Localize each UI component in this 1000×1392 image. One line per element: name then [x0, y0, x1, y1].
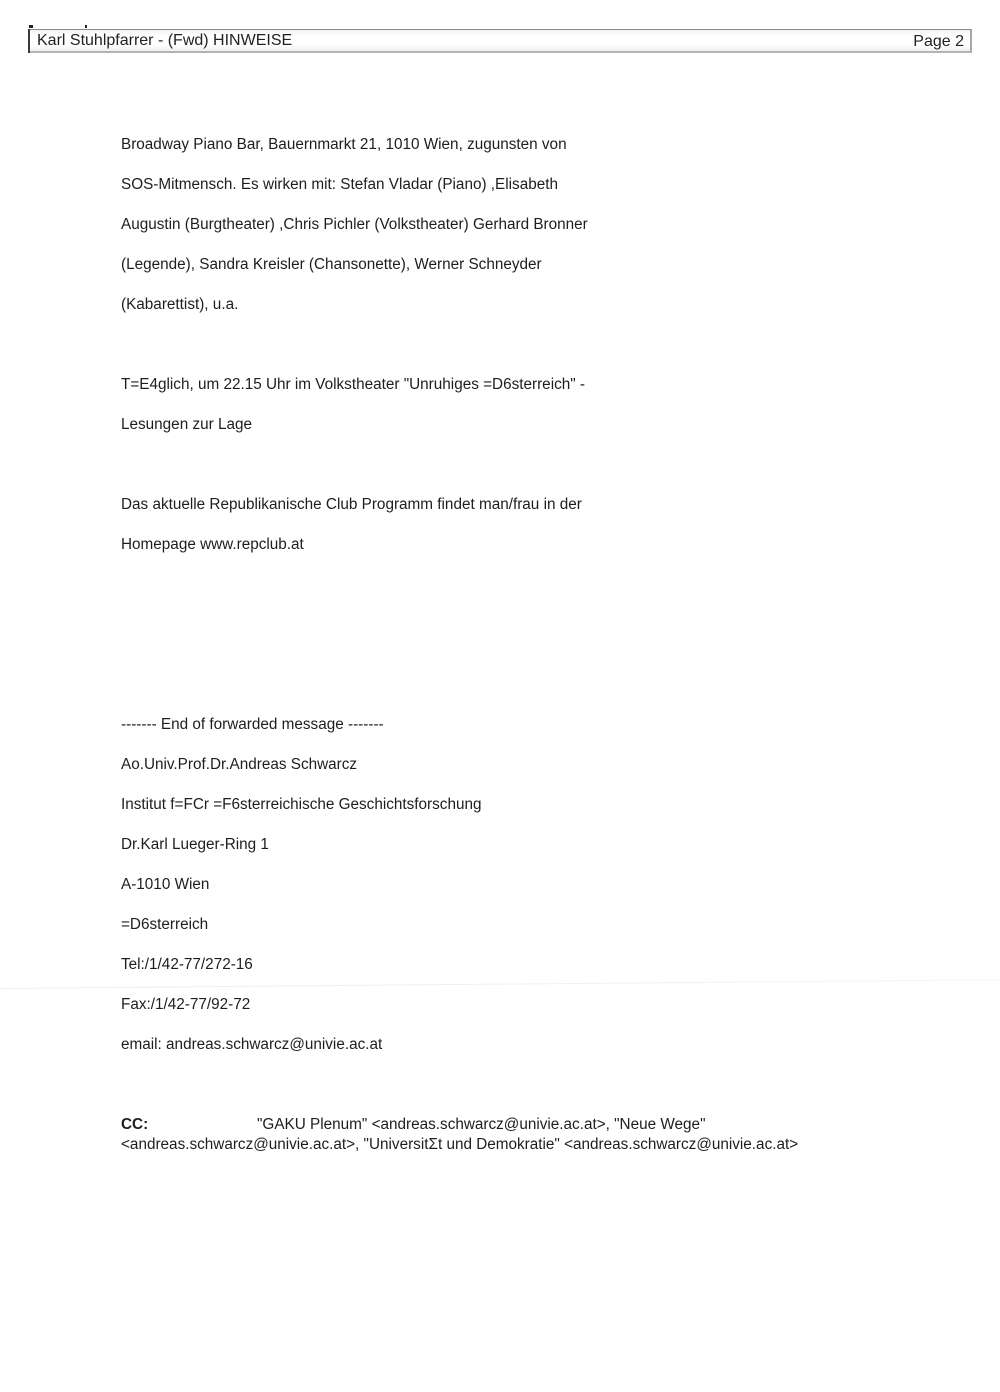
email-body: Broadway Piano Bar, Bauernmarkt 21, 1010… — [121, 115, 901, 1155]
signature-country: =D6sterreich — [121, 915, 901, 935]
text-line: T=E4glich, um 22.15 Uhr im Volkstheater … — [121, 375, 901, 395]
page-header: Karl Stuhlpfarrer - (Fwd) HINWEISE Page … — [28, 29, 972, 53]
text-line: (Legende), Sandra Kreisler (Chansonette)… — [121, 255, 901, 275]
text-line: SOS-Mitmensch. Es wirken mit: Stefan Vla… — [121, 175, 901, 195]
document-title: Karl Stuhlpfarrer - (Fwd) HINWEISE — [37, 32, 292, 50]
signature-institute: Institut f=FCr =F6sterreichische Geschic… — [121, 795, 901, 815]
paragraph-event-details: Broadway Piano Bar, Bauernmarkt 21, 1010… — [121, 115, 901, 335]
cc-recipients-1: "GAKU Plenum" <andreas.schwarcz@univie.a… — [257, 1116, 706, 1133]
text-line: Augustin (Burgtheater) ,Chris Pichler (V… — [121, 215, 901, 235]
signature-fax: Fax:/1/42-77/92-72 — [121, 995, 901, 1015]
paragraph-volkstheater: T=E4glich, um 22.15 Uhr im Volkstheater … — [121, 355, 901, 455]
signature-tel: Tel:/1/42-77/272-16 — [121, 955, 901, 975]
paragraph-repclub: Das aktuelle Republikanische Club Progra… — [121, 475, 901, 575]
scan-mark — [29, 25, 33, 28]
cc-label: CC: — [121, 1115, 257, 1135]
signature-city: A-1010 Wien — [121, 875, 901, 895]
cc-recipients-2: <andreas.schwarcz@univie.ac.at>, "Univer… — [121, 1135, 901, 1155]
text-line: Broadway Piano Bar, Bauernmarkt 21, 1010… — [121, 135, 901, 155]
signature-name: Ao.Univ.Prof.Dr.Andreas Schwarcz — [121, 755, 901, 775]
forward-separator: ------- End of forwarded message ------- — [121, 715, 901, 735]
signature-street: Dr.Karl Lueger-Ring 1 — [121, 835, 901, 855]
text-line: Das aktuelle Republikanische Club Progra… — [121, 495, 901, 515]
cc-line-1: CC:"GAKU Plenum" <andreas.schwarcz@univi… — [121, 1115, 901, 1135]
signature-email: email: andreas.schwarcz@univie.ac.at — [121, 1035, 901, 1055]
cc-block: CC:"GAKU Plenum" <andreas.schwarcz@univi… — [121, 1115, 901, 1155]
text-line: (Kabarettist), u.a. — [121, 295, 901, 315]
signature-block: ------- End of forwarded message -------… — [121, 695, 901, 1075]
text-line: Homepage www.repclub.at — [121, 535, 901, 555]
page-number: Page 2 — [913, 33, 964, 51]
text-line: Lesungen zur Lage — [121, 415, 901, 435]
scan-mark — [85, 25, 87, 28]
